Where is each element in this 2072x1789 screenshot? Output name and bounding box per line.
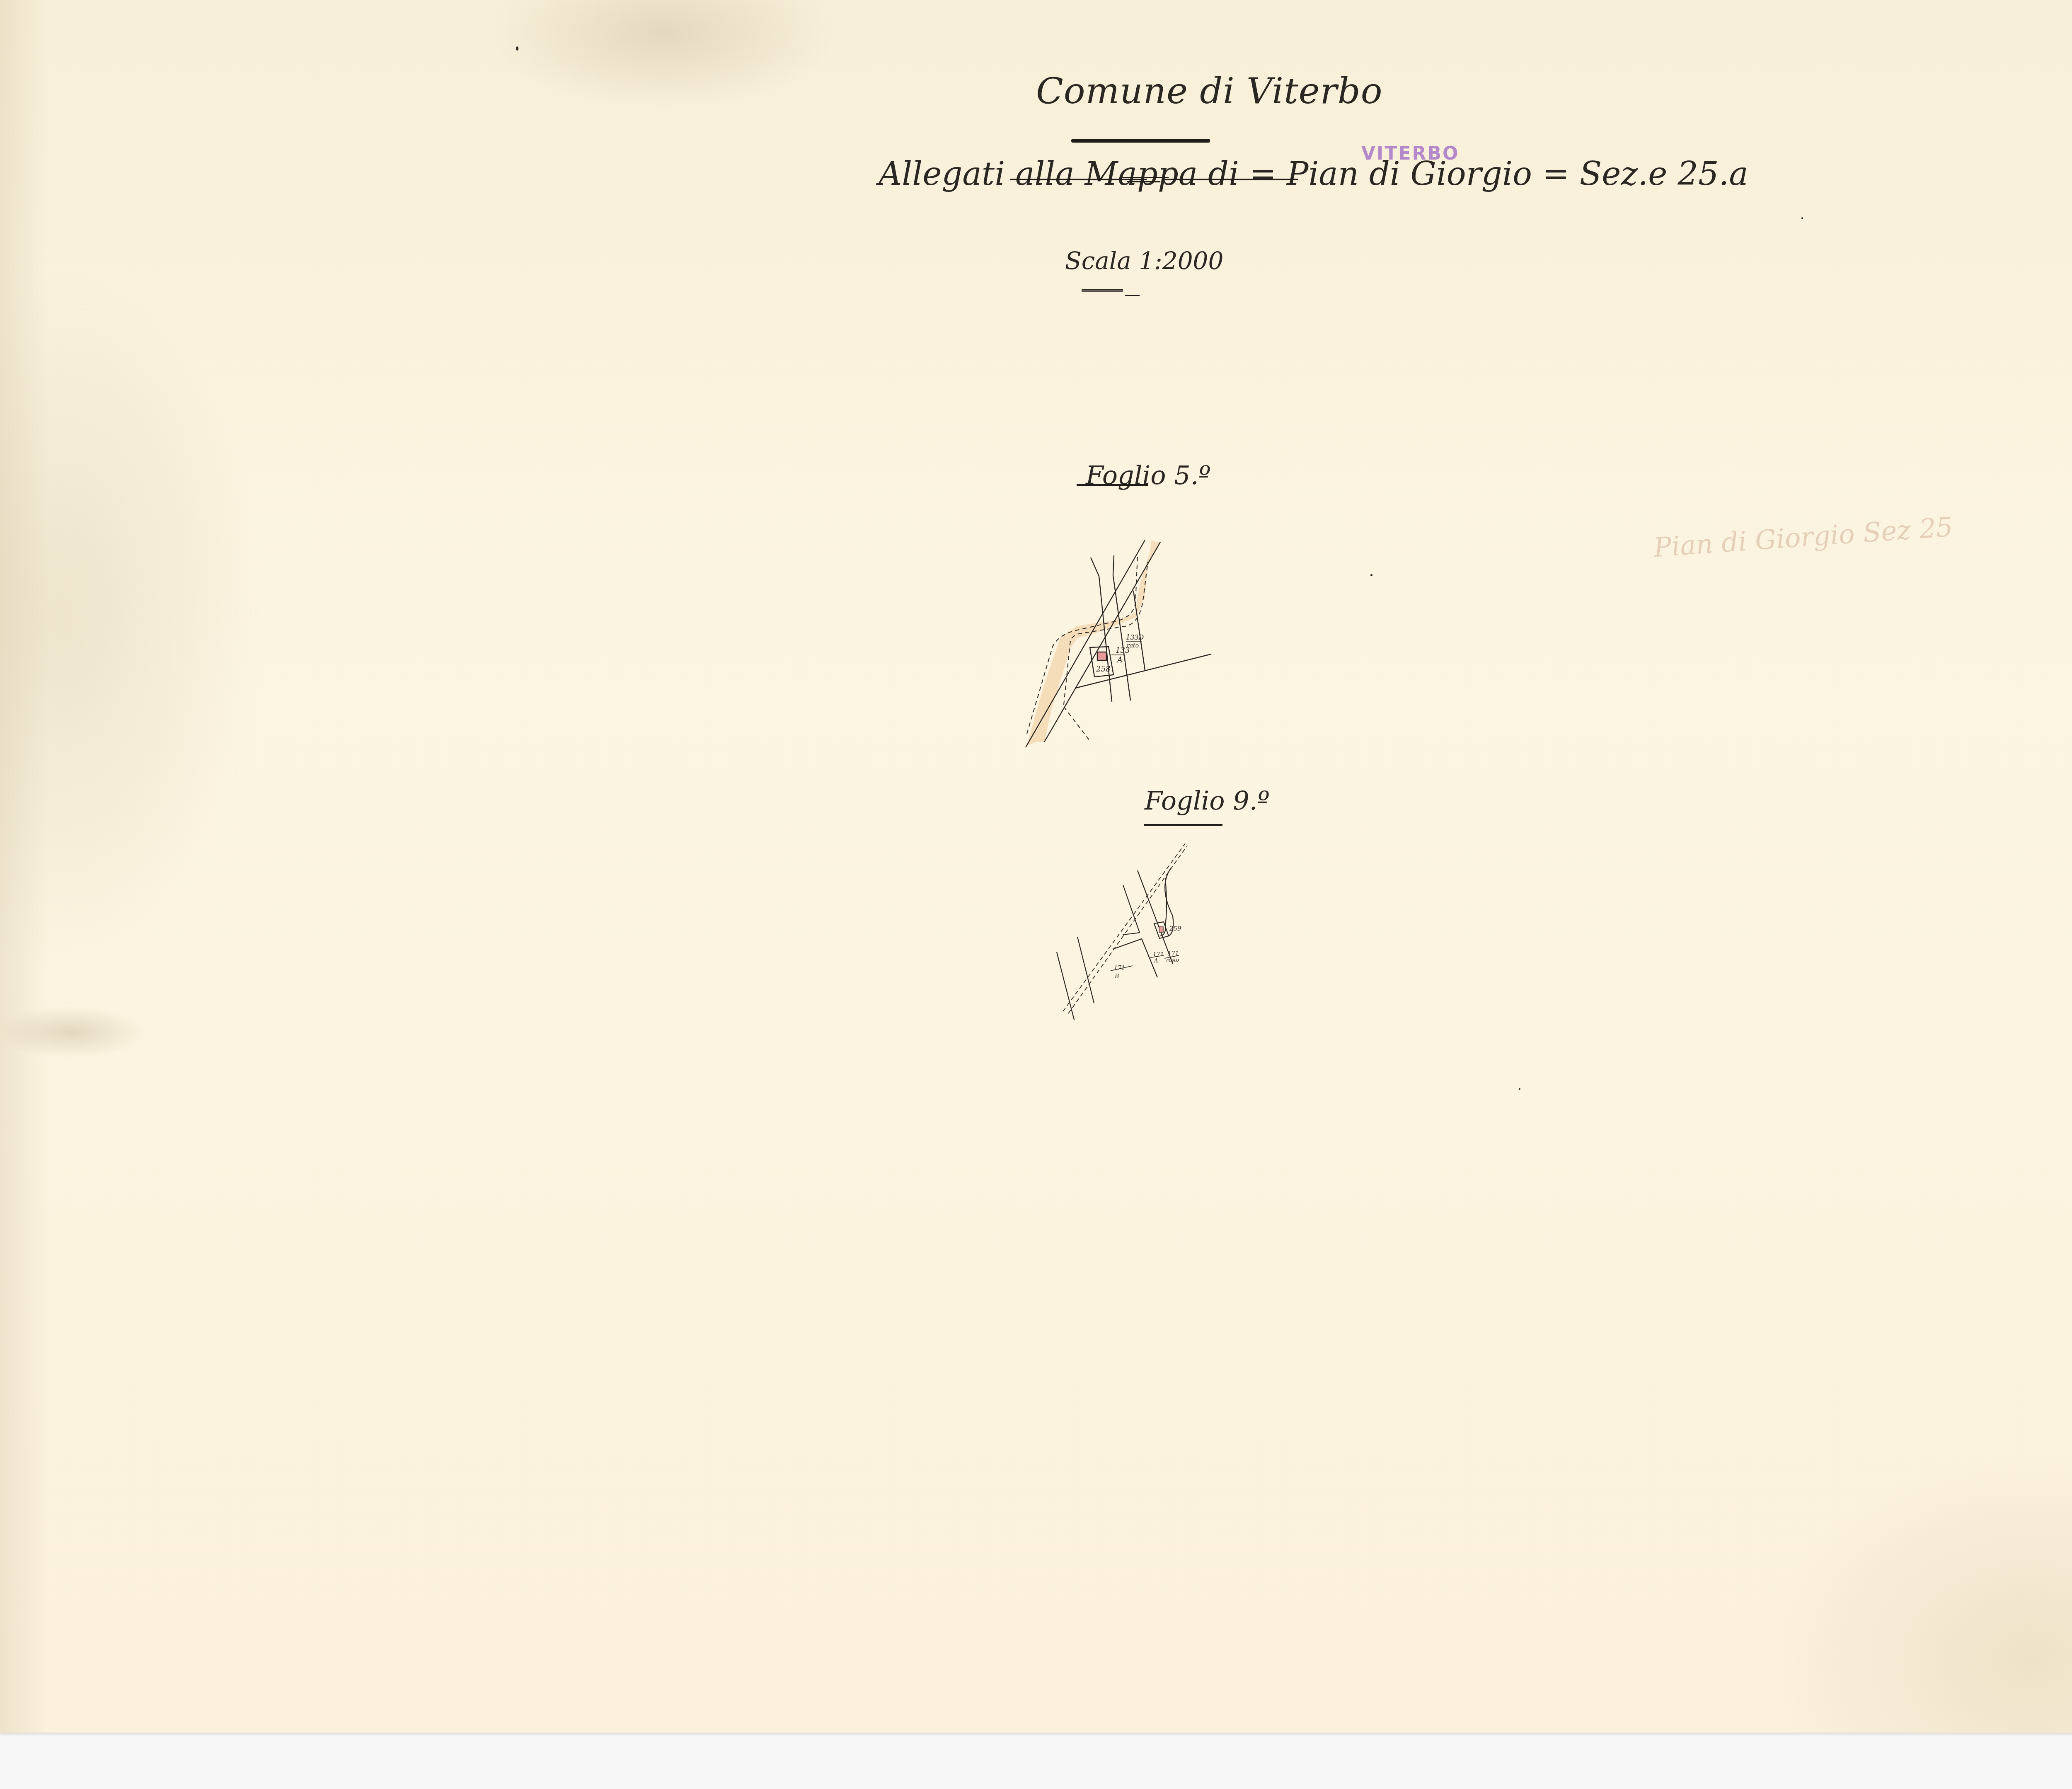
road-wash <box>1026 541 1160 746</box>
svg-text:133D: 133D <box>1126 633 1144 641</box>
ink-speck <box>1370 574 1372 576</box>
svg-text:B: B <box>1114 973 1119 980</box>
svg-text:resto: resto <box>1166 957 1179 963</box>
svg-text:171: 171 <box>1168 950 1179 957</box>
ink-speck <box>1801 217 1803 219</box>
svg-text:171: 171 <box>1153 951 1164 958</box>
svg-text:171: 171 <box>1114 965 1125 972</box>
ink-speck <box>1519 1088 1520 1090</box>
ink-speck <box>516 46 518 51</box>
svg-text:rato: rato <box>1127 642 1139 649</box>
svg-text:A: A <box>1116 656 1123 664</box>
svg-text:259: 259 <box>1169 925 1181 932</box>
cadastral-sketches: 133 A 258 133D rato 259 171 A 171 resto … <box>0 0 2072 1789</box>
svg-text:A: A <box>1154 958 1158 964</box>
foglio-9-sketch <box>1057 844 1187 1020</box>
svg-text:258: 258 <box>1096 665 1110 674</box>
foglio-5-sketch <box>1026 540 1211 747</box>
